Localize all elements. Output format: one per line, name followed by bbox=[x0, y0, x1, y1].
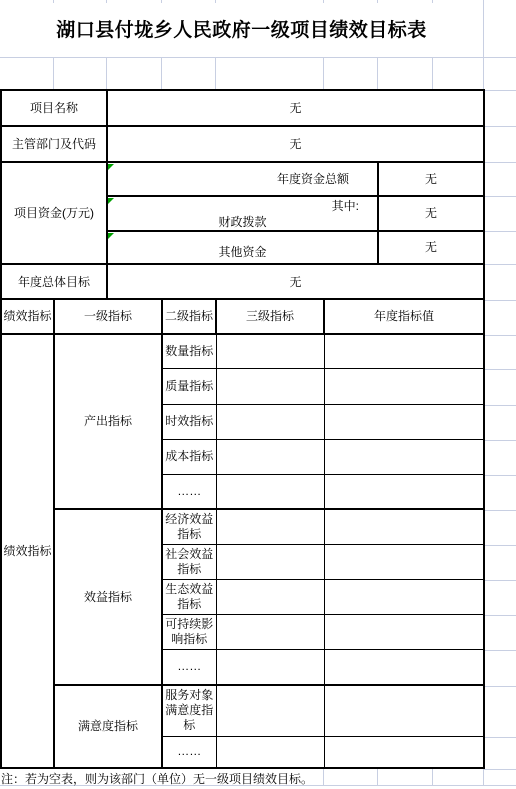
col-header-level1: 一级指标 bbox=[54, 299, 162, 334]
gridline bbox=[377, 769, 378, 785]
level2-ellipsis-label: …… bbox=[162, 649, 216, 685]
gridline bbox=[483, 686, 516, 687]
header-row: 绩效指标 一级指标 二级指标 三级指标 年度指标值 bbox=[1, 299, 484, 334]
table-row: 绩效指标 产出指标 数量指标 bbox=[1, 334, 484, 368]
footnote: 注：若为空表，则为该部门（单位）无一级项目绩效目标。 bbox=[1, 770, 313, 787]
gridline bbox=[483, 264, 516, 265]
gridline bbox=[106, 57, 107, 90]
table-row: 满意度指标 服务对象满意度指标 bbox=[1, 685, 484, 736]
gridline bbox=[0, 57, 516, 58]
department-label: 主管部门及代码 bbox=[1, 126, 107, 162]
gridline bbox=[483, 737, 516, 738]
funds-total-label: 年度资金总额 bbox=[107, 162, 378, 196]
funds-fiscal-prefix: 其中: bbox=[108, 198, 377, 214]
level3-indicator-cell[interactable] bbox=[216, 685, 324, 736]
annual-value-cell[interactable] bbox=[324, 736, 484, 768]
gridline bbox=[483, 231, 516, 232]
gridline bbox=[483, 405, 516, 406]
gridline bbox=[483, 126, 516, 127]
gridline bbox=[432, 57, 433, 90]
annual-value-cell[interactable] bbox=[324, 404, 484, 439]
funds-other-value-cell[interactable]: 无 bbox=[378, 231, 484, 264]
level3-indicator-cell[interactable] bbox=[216, 509, 324, 544]
gridline bbox=[323, 769, 324, 785]
level2-timeliness-label: 时效指标 bbox=[162, 404, 216, 439]
col-header-level3: 三级指标 bbox=[216, 299, 324, 334]
table-row: 效益指标 经济效益指标 bbox=[1, 509, 484, 544]
level2-sustainability-label: 可持续影响指标 bbox=[162, 614, 216, 649]
gridline bbox=[483, 90, 516, 91]
level3-indicator-cell[interactable] bbox=[216, 649, 324, 685]
gridline bbox=[483, 369, 516, 370]
level2-service-satisfaction-label: 服务对象满意度指标 bbox=[162, 685, 216, 736]
funds-fiscal-label-text: 财政拨款 bbox=[108, 214, 377, 230]
gridline bbox=[483, 769, 484, 785]
gridline bbox=[483, 335, 516, 336]
department-value-cell[interactable]: 无 bbox=[107, 126, 484, 162]
annual-value-cell[interactable] bbox=[324, 509, 484, 544]
funds-other-label: 其他资金 bbox=[107, 231, 378, 264]
benefit-group-label: 效益指标 bbox=[54, 509, 162, 685]
spreadsheet-page: 湖口县付垅乡人民政府一级项目绩效目标表 项目名称 无 主管部门及代码 无 项目资… bbox=[0, 0, 516, 789]
gridline bbox=[432, 769, 433, 785]
annual-value-cell[interactable] bbox=[324, 474, 484, 509]
funds-fiscal-label: 其中: 财政拨款 bbox=[107, 196, 378, 231]
gridline bbox=[483, 162, 516, 163]
table-row: 主管部门及代码 无 bbox=[1, 126, 484, 162]
gridline bbox=[323, 57, 324, 90]
funds-fiscal-value-cell[interactable]: 无 bbox=[378, 196, 484, 231]
level3-indicator-cell[interactable] bbox=[216, 474, 324, 509]
gridline bbox=[483, 196, 516, 197]
gridline bbox=[161, 57, 162, 90]
level2-economic-label: 经济效益指标 bbox=[162, 509, 216, 544]
annual-goal-label: 年度总体目标 bbox=[1, 264, 107, 300]
page-title: 湖口县付垅乡人民政府一级项目绩效目标表 bbox=[0, 0, 483, 56]
project-info-table: 项目名称 无 主管部门及代码 无 项目资金(万元) 年度资金总额 无 其中: 财… bbox=[0, 89, 485, 301]
funds-label: 项目资金(万元) bbox=[1, 162, 107, 264]
level3-indicator-cell[interactable] bbox=[216, 544, 324, 579]
table-row: 项目名称 无 bbox=[1, 90, 484, 126]
col-header-level2: 二级指标 bbox=[162, 299, 216, 334]
level2-quality-label: 质量指标 bbox=[162, 368, 216, 404]
indicators-table: 绩效指标 一级指标 二级指标 三级指标 年度指标值 绩效指标 产出指标 数量指标… bbox=[0, 298, 485, 769]
gridline bbox=[483, 510, 516, 511]
level3-indicator-cell[interactable] bbox=[216, 439, 324, 474]
level3-indicator-cell[interactable] bbox=[216, 579, 324, 614]
level3-indicator-cell[interactable] bbox=[216, 614, 324, 649]
level3-indicator-cell[interactable] bbox=[216, 334, 324, 368]
annual-value-cell[interactable] bbox=[324, 368, 484, 404]
annual-value-cell[interactable] bbox=[324, 685, 484, 736]
gridline bbox=[377, 57, 378, 90]
gridline bbox=[53, 57, 54, 90]
level2-cost-label: 成本指标 bbox=[162, 439, 216, 474]
annual-value-cell[interactable] bbox=[324, 579, 484, 614]
level2-ecological-label: 生态效益指标 bbox=[162, 579, 216, 614]
satisfaction-group-label: 满意度指标 bbox=[54, 685, 162, 768]
gridline bbox=[483, 300, 516, 301]
gridline bbox=[483, 0, 484, 90]
output-group-label: 产出指标 bbox=[54, 334, 162, 509]
level2-ellipsis-label: …… bbox=[162, 474, 216, 509]
project-name-label: 项目名称 bbox=[1, 90, 107, 126]
annual-goal-value-cell[interactable]: 无 bbox=[107, 264, 484, 300]
project-name-value-cell[interactable]: 无 bbox=[107, 90, 484, 126]
level3-indicator-cell[interactable] bbox=[216, 368, 324, 404]
gridline bbox=[483, 545, 516, 546]
annual-value-cell[interactable] bbox=[324, 614, 484, 649]
annual-value-cell[interactable] bbox=[324, 649, 484, 685]
gridline bbox=[483, 650, 516, 651]
funds-total-value-cell[interactable]: 无 bbox=[378, 162, 484, 196]
level2-quantity-label: 数量指标 bbox=[162, 334, 216, 368]
col-header-performance: 绩效指标 bbox=[1, 299, 54, 334]
table-row: 项目资金(万元) 年度资金总额 无 bbox=[1, 162, 484, 196]
gridline bbox=[483, 440, 516, 441]
annual-value-cell[interactable] bbox=[324, 439, 484, 474]
level3-indicator-cell[interactable] bbox=[216, 736, 324, 768]
cell-flag-triangle-icon bbox=[108, 233, 114, 239]
level2-ellipsis-label: …… bbox=[162, 736, 216, 768]
annual-value-cell[interactable] bbox=[324, 334, 484, 368]
gridline bbox=[483, 769, 516, 770]
gridline bbox=[215, 57, 216, 90]
col-header-annual-value: 年度指标值 bbox=[324, 299, 484, 334]
gridline bbox=[483, 615, 516, 616]
cell-flag-triangle-icon bbox=[108, 198, 114, 204]
gridline bbox=[483, 475, 516, 476]
level2-social-label: 社会效益指标 bbox=[162, 544, 216, 579]
level3-indicator-cell[interactable] bbox=[216, 404, 324, 439]
table-row: 年度总体目标 无 bbox=[1, 264, 484, 300]
cell-flag-triangle-icon bbox=[108, 164, 114, 170]
annual-value-cell[interactable] bbox=[324, 544, 484, 579]
performance-section-label: 绩效指标 bbox=[1, 334, 54, 768]
gridline bbox=[483, 580, 516, 581]
